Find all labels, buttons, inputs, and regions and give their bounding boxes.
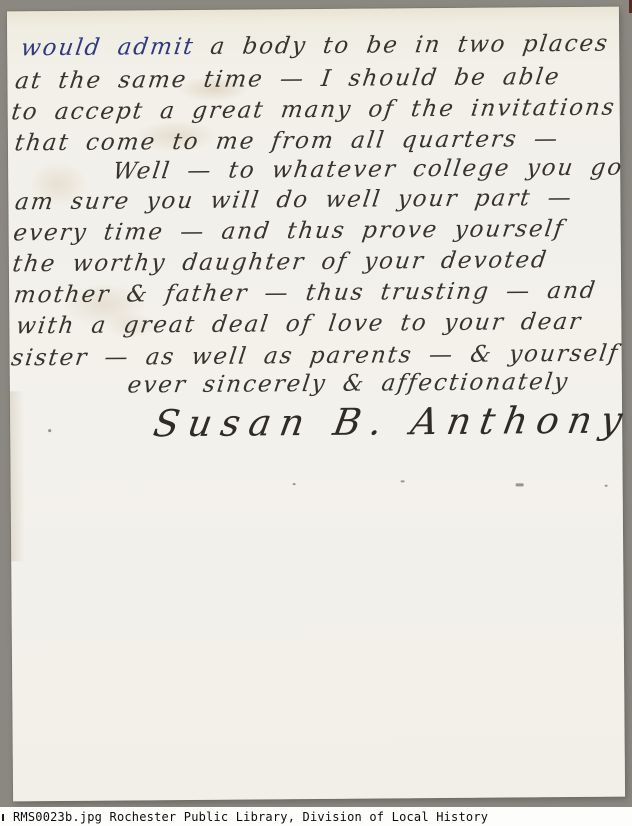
letter-line: am sure you will do well your part — (14, 185, 575, 215)
paper-speck (48, 429, 51, 432)
letter-line: the worthy daughter of your devoted (11, 247, 550, 277)
letter-line: to accept a great many of the invitation… (10, 95, 618, 126)
caption-text: RMS0023b.jpg Rochester Public Library, D… (0, 810, 488, 824)
letter-text-blue-ink: would admit (19, 34, 196, 61)
letter-text: Well — to whatever college you go — I (111, 154, 632, 185)
caption-bar: RMS0023b.jpg Rochester Public Library, D… (0, 807, 632, 826)
paper-speck (293, 483, 296, 485)
letter-line: at the same time — I should be able (14, 64, 563, 94)
letter-text: with a great deal of love to your dear (14, 309, 583, 339)
letter-text: every time — and thus prove yourself (12, 216, 567, 246)
letter-text: sister — as well as parents — & yourself (10, 341, 621, 372)
paper-edge-streak (10, 391, 25, 561)
letter-line: that come to me from all quarters — (13, 126, 561, 156)
letter-text: a body to be in two places (209, 31, 611, 60)
letter-line: Well — to whatever college you go — I (111, 154, 632, 185)
letter-line: would admita body to be in two places (19, 31, 610, 62)
caption-edge-artifact (2, 814, 4, 821)
letter-line: sister — as well as parents — & yourself (10, 341, 621, 372)
scan-background: would admita body to be in two places at… (0, 0, 632, 826)
letter-line: every time — and thus prove yourself (12, 216, 567, 246)
paper-speck (516, 483, 524, 486)
letter-page: would admita body to be in two places at… (7, 7, 625, 802)
paper-speck (401, 480, 405, 482)
letter-text: to accept a great many of the invitation… (10, 95, 618, 126)
letter-line: with a great deal of love to your dear (14, 309, 583, 339)
letter-line: mother & father — thus trusting — and (12, 278, 598, 309)
letter-text: ever sincerely & affectionately (126, 369, 571, 398)
letter-text: that come to me from all quarters — (13, 126, 561, 156)
paper-speck (605, 485, 608, 487)
letter-text: the worthy daughter of your devoted (11, 247, 550, 277)
letter-closing-line: ever sincerely & affectionately (126, 369, 571, 398)
letter-text: am sure you will do well your part — (14, 185, 575, 215)
letter-text: mother & father — thus trusting — and (12, 278, 598, 309)
letter-text: at the same time — I should be able (14, 64, 563, 94)
scanned-letter-page: { "letter": { "ink_colors": { "blue": "#… (0, 0, 632, 826)
signature: Susan B. Anthony (150, 398, 632, 445)
